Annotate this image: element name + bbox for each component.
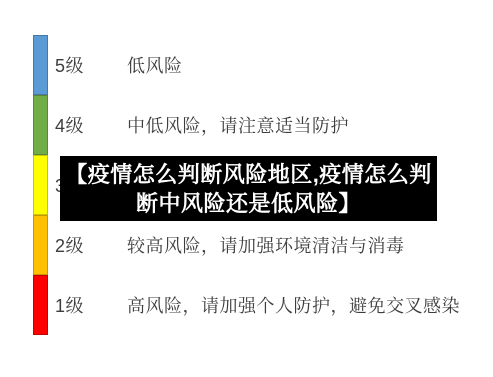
headline-line-2: 断中风险还是低风险】 (60, 189, 437, 218)
risk-level-label: 1级 (55, 292, 127, 318)
risk-bar-segment-level4 (33, 95, 48, 155)
headline-overlay: 【疫情怎么判断风险地区,疫情怎么判 断中风险还是低风险】 (60, 156, 437, 221)
risk-level-row-5: 5级 低风险 (55, 35, 489, 95)
risk-level-description: 低风险 (127, 52, 183, 78)
risk-bar-segment-level1 (33, 275, 48, 335)
risk-level-label: 5级 (55, 52, 127, 78)
risk-level-row-1: 1级 高风险，请加强个人防护，避免交叉感染 (55, 275, 489, 335)
risk-level-infographic: 5级 低风险 4级 中低风险，请注意适当防护 3级 2级 较高风险，请加强环境清… (0, 0, 493, 377)
risk-bar-segment-level3 (33, 155, 48, 215)
risk-color-bar (33, 35, 48, 335)
risk-level-description: 较高风险，请加强环境清洁与消毒 (127, 232, 405, 258)
risk-level-description: 高风险，请加强个人防护，避免交叉感染 (127, 292, 460, 318)
risk-level-label: 2级 (55, 232, 127, 258)
risk-level-label: 4级 (55, 112, 127, 138)
risk-level-row-4: 4级 中低风险，请注意适当防护 (55, 95, 489, 155)
risk-level-row-2: 2级 较高风险，请加强环境清洁与消毒 (55, 215, 489, 275)
risk-level-description: 中低风险，请注意适当防护 (127, 112, 349, 138)
risk-bar-segment-level5 (33, 35, 48, 95)
risk-bar-segment-level2 (33, 215, 48, 275)
headline-line-1: 【疫情怎么判断风险地区,疫情怎么判 (60, 160, 437, 189)
